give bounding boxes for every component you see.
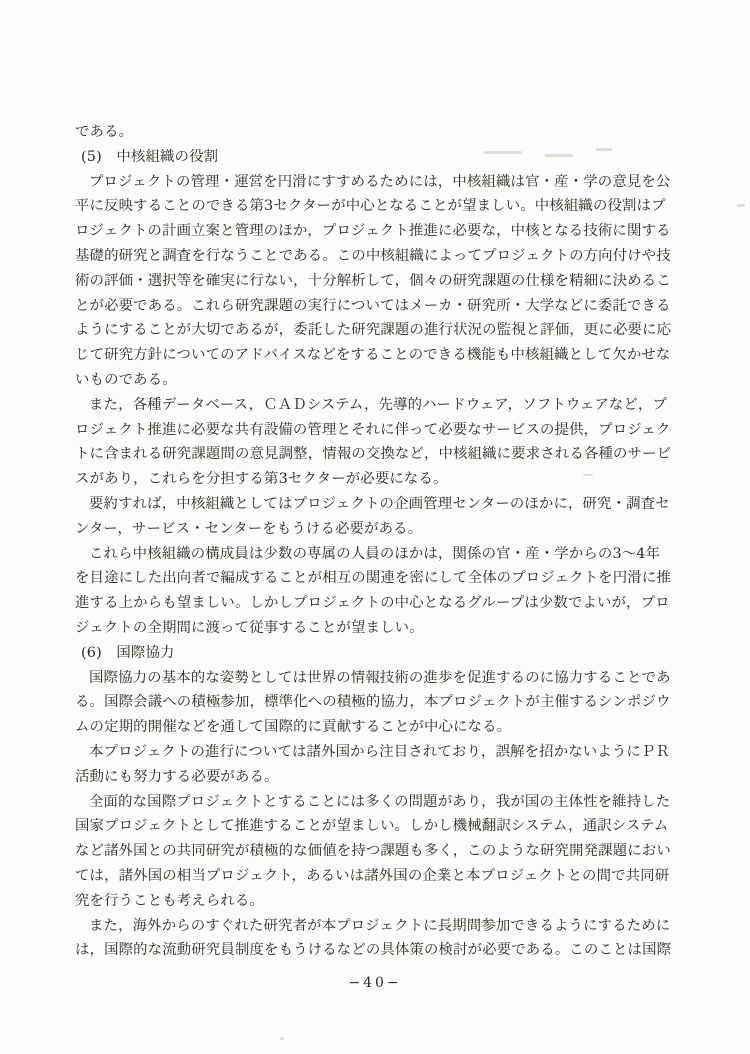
text-line: 活動にも努力する必要がある。 [75, 765, 685, 790]
text-line: 基礎的研究と調査を行なうことである。この中核組織によってプロジェクトの方向付けや… [75, 244, 685, 269]
text-line: る。国際会議への積極参加，標準化への積極的協力，本プロジェクトが主催するシンポジ… [75, 690, 685, 715]
section-heading: (6) 国際協力 [75, 641, 685, 666]
text-line: ロジェクト推進に必要な共有設備の管理とそれに伴って必要なサービスの提供，プロジェ… [75, 418, 685, 443]
text-line: ンター，サービス・センターをもうける必要がある。 [75, 517, 685, 542]
text-line: 全面的な国際プロジェクトとすることには多くの問題があり，我が国の主体性を維持した [75, 790, 685, 815]
scan-artifact [545, 154, 573, 157]
scan-artifact [280, 1037, 284, 1040]
text-line: スがあり，これらを分担する第3セクターが必要になる。 [75, 467, 685, 492]
text-line: とが必要である。これら研究課題の実行についてはメーカ・研究所・大学などに委託でき… [75, 294, 685, 319]
text-line: 国際協力の基本的な姿勢としては世界の情報技術の進歩を促進するのに協力することであ [75, 666, 685, 691]
scan-artifact [737, 204, 745, 207]
text-line: ロジェクトの計画立案と管理のほか，プロジェクト推進に必要な，中核となる技術に関す… [75, 219, 685, 244]
text-line: など諸外国との共同研究が積極的な価値を持つ課題も多く，このような研究開発課題にお… [75, 839, 685, 864]
text-line: 本プロジェクトの進行については諸外国から注目されており，誤解を招かないようにＰＲ [75, 740, 685, 765]
text-line: いものである。 [75, 368, 685, 393]
document-page: である。(5) 中核組織の役割プロジェクトの管理・運営を円滑にすすめるためには，… [0, 0, 750, 1054]
text-line: である。 [75, 120, 685, 145]
text-line: ては，諸外国の相当プロジェクト，あるいは諸外国の企業と本プロジェクトとの間で共同… [75, 864, 685, 889]
text-line: ジェクトの全期間に渡って従事することが望ましい。 [75, 616, 685, 641]
text-line: これら中核組織の構成員は少数の専属の人員のほかは，関係の官・産・学からの3～4年 [75, 542, 685, 567]
text-line: 平に反映することのできる第3セクターが中心となることが望ましい。中核組織の役割は… [75, 194, 685, 219]
document-body: である。(5) 中核組織の役割プロジェクトの管理・運営を円滑にすすめるためには，… [75, 120, 685, 963]
text-line: プロジェクトの管理・運営を円滑にすすめるためには，中核組織は官・産・学の意見を公 [75, 170, 685, 195]
page-number: −40− [0, 971, 750, 995]
text-line: 要約すれば，中核組織としてはプロジェクトの企画管理センターのほかに，研究・調査セ [75, 492, 685, 517]
scan-artifact [583, 474, 593, 476]
text-line: また，各種データベース，ＣＡＤシステム，先導的ハードウェア，ソフトウェアなど，プ [75, 393, 685, 418]
text-line: 進する上からも望ましい。しかしプロジェクトの中心となるグループは少数でよいが，プ… [75, 591, 685, 616]
text-line: ムの定期的開催などを通して国際的に貢献することが中心になる。 [75, 715, 685, 740]
scan-artifact [484, 151, 522, 154]
text-line: また，海外からのすぐれた研究者が本プロジェクトに長期間参加できるようにするために [75, 914, 685, 939]
text-line: トに含まれる研究課題間の意見調整，情報の交換など，中核組織に要求される各種のサー… [75, 442, 685, 467]
section-heading: (5) 中核組織の役割 [75, 145, 685, 170]
text-line: は，国際的な流動研究員制度をもうけるなどの具体策の検討が必要である。このことは国… [75, 938, 685, 963]
scan-artifact [596, 148, 612, 151]
text-line: 術の評価・選択等を確実に行ない，十分解析して，個々の研究課題の仕様を精細に決める… [75, 269, 685, 294]
text-line: 究を行うことも考えられる。 [75, 889, 685, 914]
text-line: ようにすることが大切であるが，委託した研究課題の進行状況の監視と評価，更に必要に… [75, 318, 685, 343]
text-line: を目途にした出向者で編成することが相互の関連を密にして全体のプロジェクトを円滑に… [75, 566, 685, 591]
text-line: 国家プロジェクトとして推進することが望ましい。しかし機械翻訳システム，通訳システ… [75, 814, 685, 839]
text-line: じて研究方針についてのアドバイスなどをすることのできる機能も中核組織として欠かせ… [75, 343, 685, 368]
